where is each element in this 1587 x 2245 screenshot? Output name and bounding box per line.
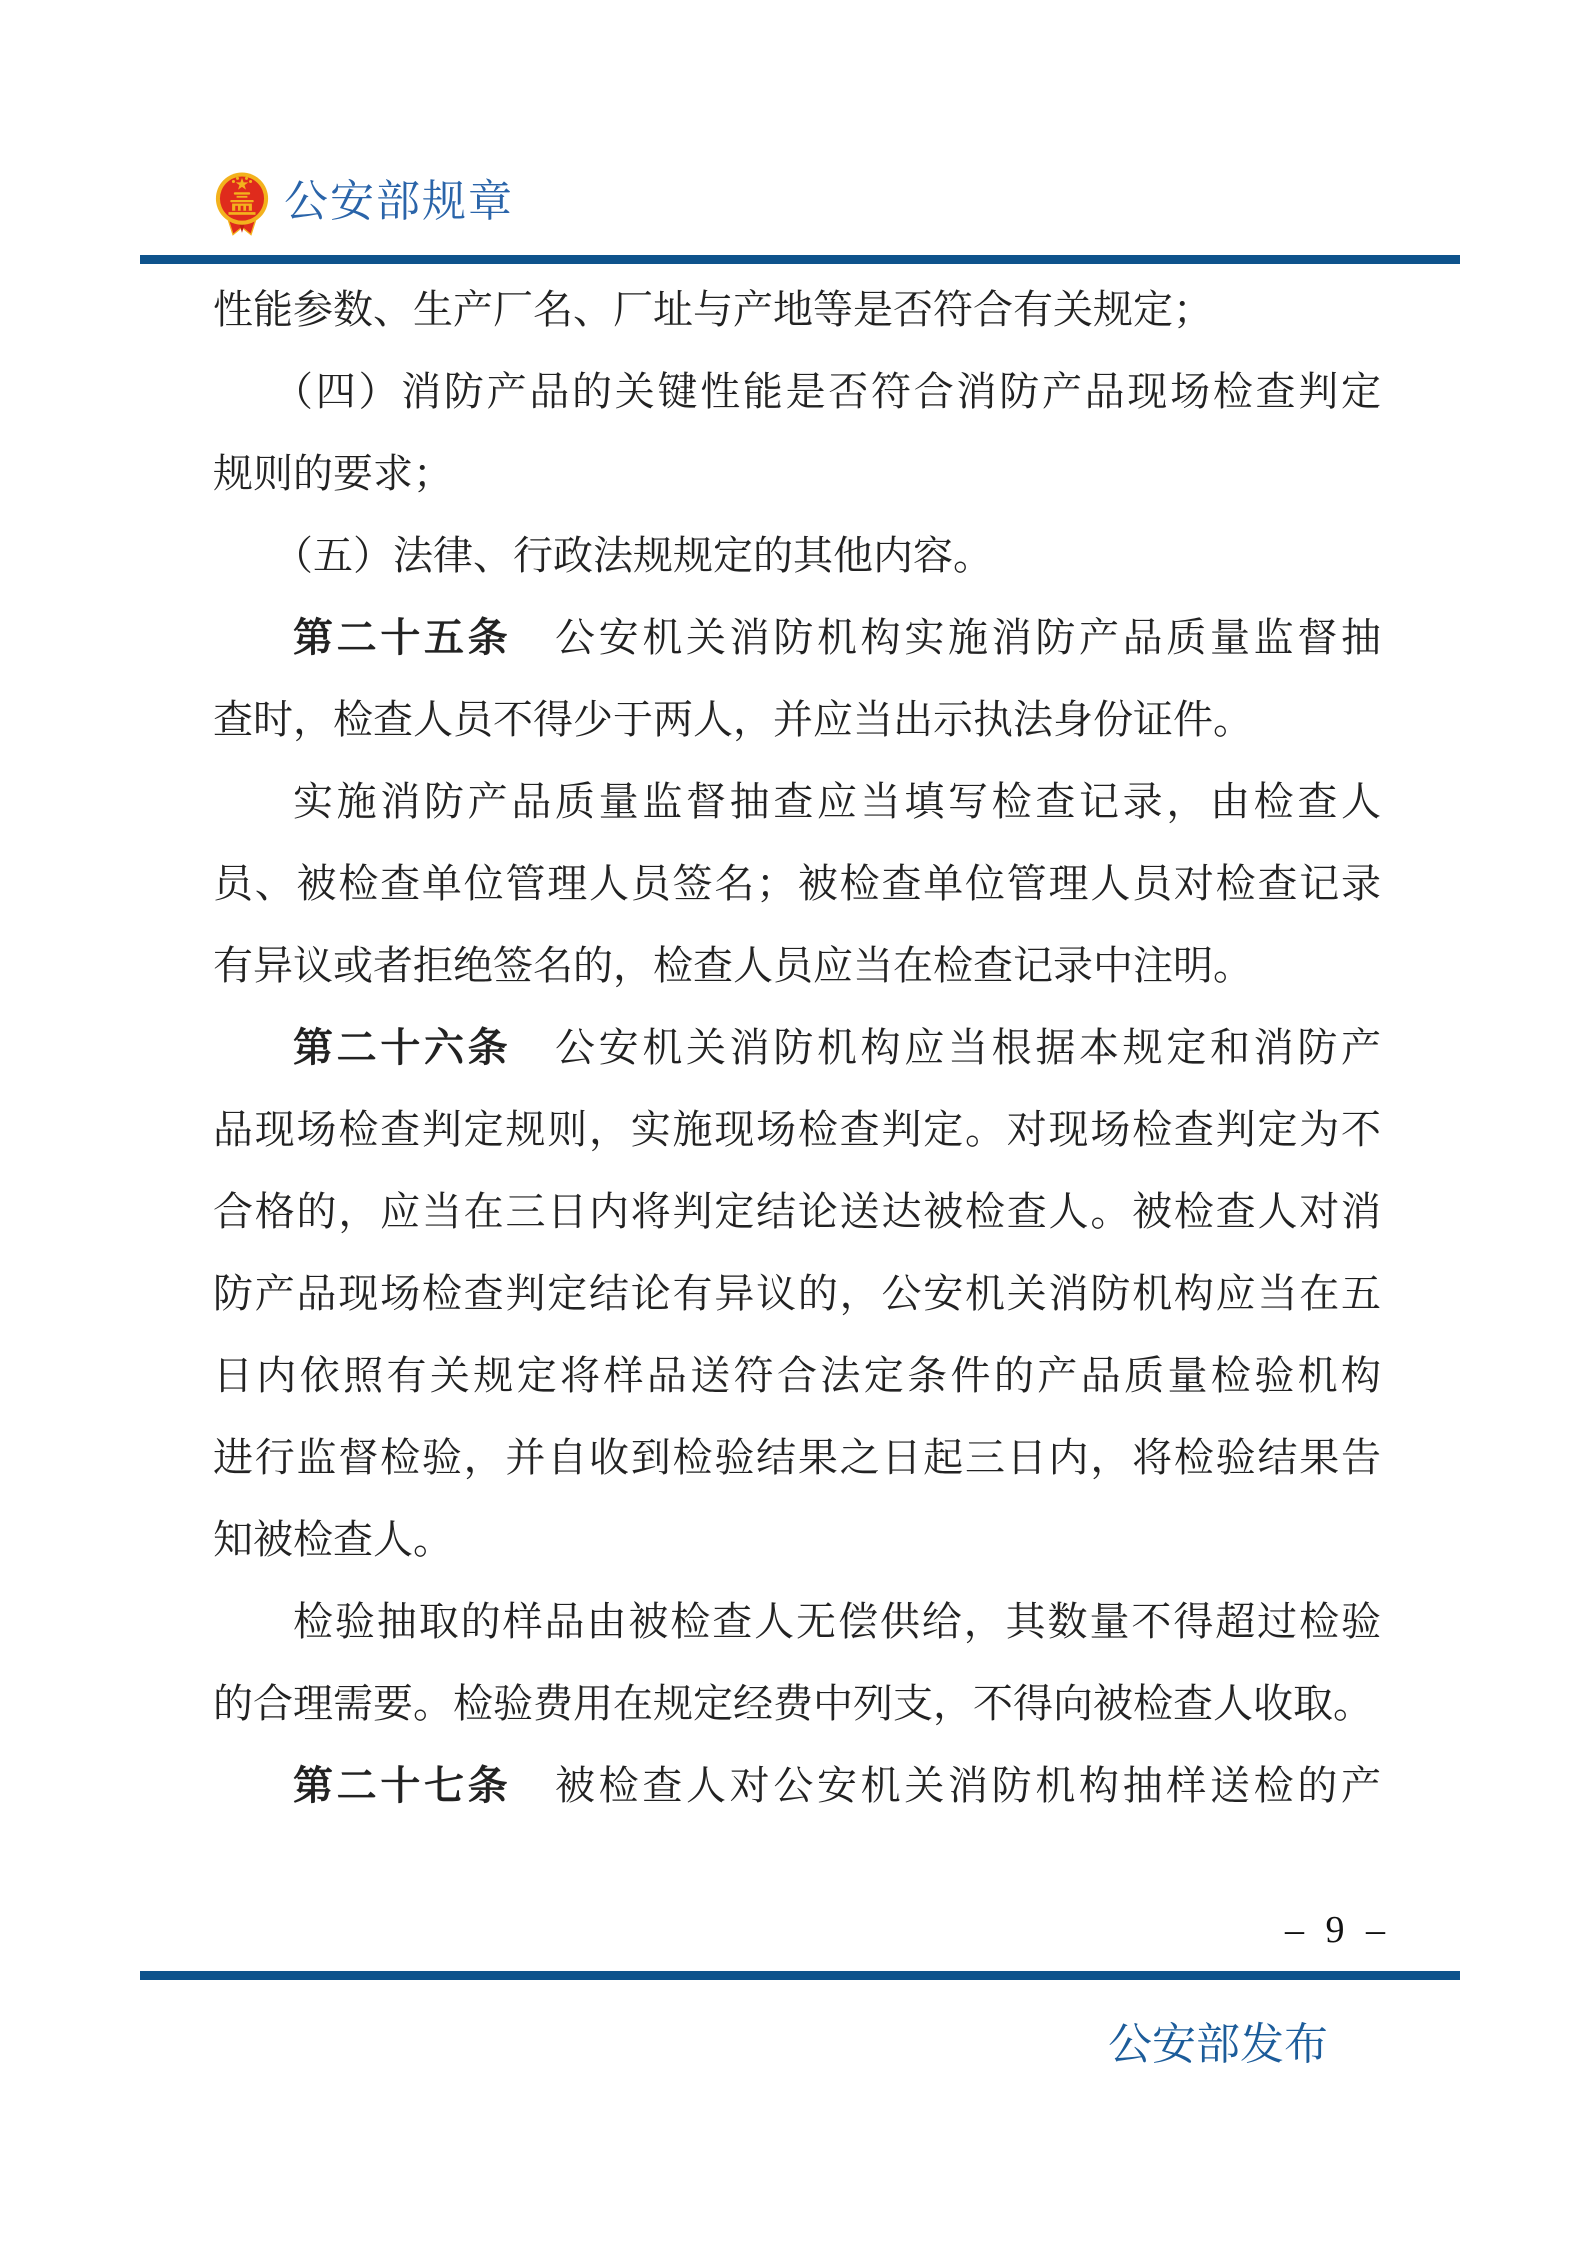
publisher-label: 公安部发布 xyxy=(1108,2008,1328,2072)
article-number: 第二十七条 xyxy=(293,1764,511,1808)
body-line-text: 日内依照有关规定将样品送符合法定条件的产品质量检验机构 xyxy=(213,1353,1381,1398)
body-line: 第二十五条 公安机关消防机构实施消防产品质量监督抽 xyxy=(213,597,1381,679)
body-line: 合格的，应当在三日内将判定结论送达被检查人。被检查人对消 xyxy=(213,1171,1381,1253)
body-line: （四）消防产品的关键性能是否符合消防产品现场检查判定 xyxy=(213,351,1381,433)
body-line-text: 进行监督检验，并自收到检验结果之日起三日内，将检验结果告 xyxy=(213,1435,1381,1480)
body-line-text: 查时，检查人员不得少于两人，并应当出示执法身份证件。 xyxy=(213,697,1253,742)
body-line-text: 被检查人对公安机关消防机构抽样送检的产 xyxy=(511,1763,1381,1808)
body-line: 品现场检查判定规则，实施现场检查判定。对现场检查判定为不 xyxy=(213,1089,1381,1171)
body-line-text: 性能参数、生产厂名、厂址与产地等是否符合有关规定； xyxy=(213,287,1213,332)
body-line: 的合理需要。检验费用在规定经费中列支，不得向被检查人收取。 xyxy=(213,1663,1381,1745)
footer-rule xyxy=(140,1971,1460,1980)
page-number: – 9 – xyxy=(1285,1908,1391,1952)
body-line-text: 公安机关消防机构实施消防产品质量监督抽 xyxy=(511,615,1381,660)
body-line-text: 知被检查人。 xyxy=(213,1517,453,1562)
body-line-text: 品现场检查判定规则，实施现场检查判定。对现场检查判定为不 xyxy=(213,1107,1381,1152)
body-line-text: （五）法律、行政法规规定的其他内容。 xyxy=(273,533,993,578)
body-line-text: 的合理需要。检验费用在规定经费中列支，不得向被检查人收取。 xyxy=(213,1681,1373,1726)
body-line-text: 实施消防产品质量监督抽查应当填写检查记录，由检查人 xyxy=(293,779,1381,824)
body-line-text: 防产品现场检查判定结论有异议的，公安机关消防机构应当在五 xyxy=(213,1271,1381,1316)
body-line-text: （四）消防产品的关键性能是否符合消防产品现场检查判定 xyxy=(273,369,1381,414)
body-line: 防产品现场检查判定结论有异议的，公安机关消防机构应当在五 xyxy=(213,1253,1381,1335)
body-line: 检验抽取的样品由被检查人无偿供给，其数量不得超过检验 xyxy=(213,1581,1381,1663)
body-line: 员、被检查单位管理人员签名；被检查单位管理人员对检查记录 xyxy=(213,843,1381,925)
national-emblem-icon xyxy=(215,171,269,237)
body-line: 第二十七条 被检查人对公安机关消防机构抽样送检的产 xyxy=(213,1745,1381,1827)
body-line: 日内依照有关规定将样品送符合法定条件的产品质量检验机构 xyxy=(213,1335,1381,1417)
body-line: 性能参数、生产厂名、厂址与产地等是否符合有关规定； xyxy=(213,269,1381,351)
body-line-text: 合格的，应当在三日内将判定结论送达被检查人。被检查人对消 xyxy=(213,1189,1381,1234)
document-body: 性能参数、生产厂名、厂址与产地等是否符合有关规定； （四）消防产品的关键性能是否… xyxy=(213,269,1381,1827)
article-number: 第二十五条 xyxy=(293,616,511,660)
body-line: （五）法律、行政法规规定的其他内容。 xyxy=(213,515,1381,597)
document-page: 公安部规章 性能参数、生产厂名、厂址与产地等是否符合有关规定； （四）消防产品的… xyxy=(0,0,1587,2245)
body-line-text: 检验抽取的样品由被检查人无偿供给，其数量不得超过检验 xyxy=(293,1599,1381,1644)
page-title: 公安部规章 xyxy=(284,178,514,226)
body-line-text: 员、被检查单位管理人员签名；被检查单位管理人员对检查记录 xyxy=(213,861,1381,906)
body-line: 进行监督检验，并自收到检验结果之日起三日内，将检验结果告 xyxy=(213,1417,1381,1499)
body-line: 有异议或者拒绝签名的，检查人员应当在检查记录中注明。 xyxy=(213,925,1381,1007)
body-line: 规则的要求； xyxy=(213,433,1381,515)
body-line: 第二十六条 公安机关消防机构应当根据本规定和消防产 xyxy=(213,1007,1381,1089)
body-line: 知被检查人。 xyxy=(213,1499,1381,1581)
body-line-text: 有异议或者拒绝签名的，检查人员应当在检查记录中注明。 xyxy=(213,943,1253,988)
article-number: 第二十六条 xyxy=(293,1026,511,1070)
body-line-text: 规则的要求； xyxy=(213,451,453,496)
header-rule xyxy=(140,255,1460,264)
body-line-text: 公安机关消防机构应当根据本规定和消防产 xyxy=(511,1025,1381,1070)
body-line: 实施消防产品质量监督抽查应当填写检查记录，由检查人 xyxy=(213,761,1381,843)
body-line: 查时，检查人员不得少于两人，并应当出示执法身份证件。 xyxy=(213,679,1381,761)
